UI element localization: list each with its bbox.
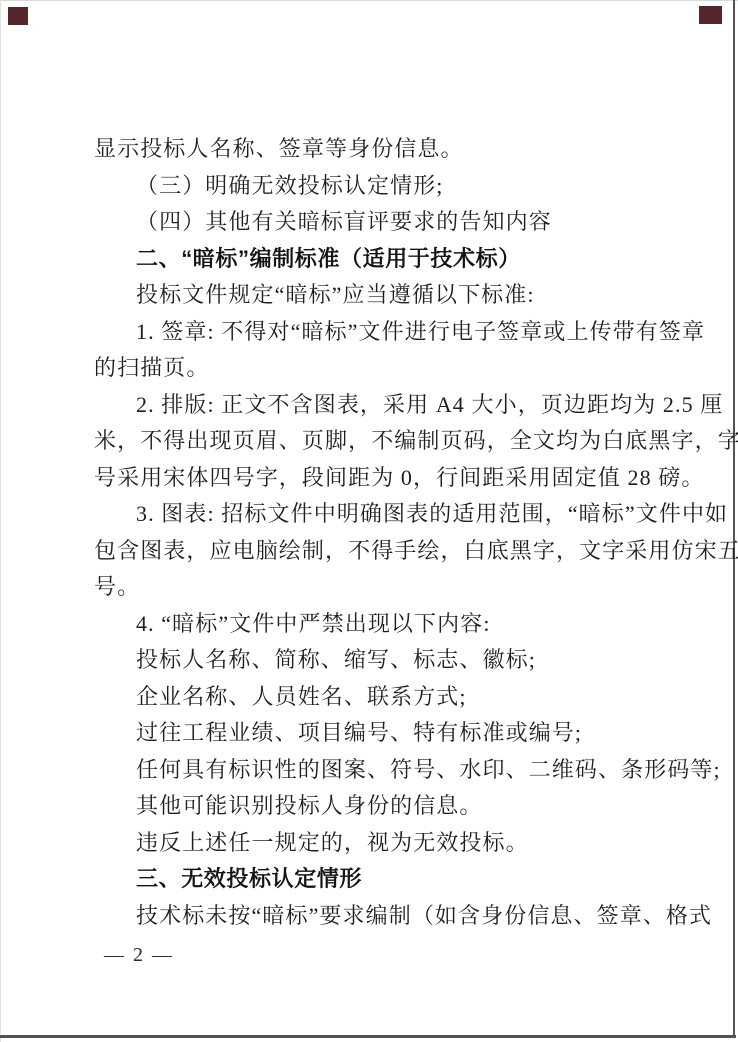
section-heading: 二、“暗标”编制标准（适用于技术标）	[94, 241, 652, 278]
page-edge-top	[0, 0, 738, 1]
document-line: 4. “暗标”文件中严禁出现以下内容:	[94, 606, 652, 643]
document-line: 其他可能识别投标人身份的信息。	[94, 788, 652, 825]
document-line: 3. 图表: 招标文件中明确图表的适用范围，“暗标”文件中如	[94, 496, 652, 533]
page-edge-left	[0, 0, 1, 1042]
document-line: 投标文件规定“暗标”应当遵循以下标准:	[94, 277, 652, 314]
section-heading: 三、无效投标认定情形	[94, 861, 652, 898]
document-line: 米，不得出现页眉、页脚，不编制页码，全文均为白底黑字，字	[94, 423, 652, 460]
document-line: （三）明确无效投标认定情形;	[94, 168, 652, 205]
scan-artifact-top-right	[699, 6, 722, 24]
document-line: 过往工程业绩、项目编号、特有标准或编号;	[94, 715, 652, 752]
document-line: 包含图表，应电脑绘制，不得手绘，白底黑字，文字采用仿宋五	[94, 533, 652, 570]
page-edge-bottom	[0, 1035, 736, 1038]
document-line: 投标人名称、简称、缩写、标志、徽标;	[94, 642, 652, 679]
page-number: — 2 —	[104, 944, 174, 967]
document-page: 显示投标人名称、签章等身份信息。（三）明确无效投标认定情形;（四）其他有关暗标盲…	[0, 0, 738, 1042]
document-line: 违反上述任一规定的，视为无效投标。	[94, 825, 652, 862]
document-line: 技术标未按“暗标”要求编制（如含身份信息、签章、格式	[94, 898, 652, 935]
page-edge-right	[733, 0, 735, 1038]
document-line: 任何具有标识性的图案、符号、水印、二维码、条形码等;	[94, 752, 652, 789]
document-line: 号采用宋体四号字，段间距为 0，行间距采用固定值 28 磅。	[94, 460, 652, 497]
document-line: 的扫描页。	[94, 350, 652, 387]
document-line: 2. 排版: 正文不含图表，采用 A4 大小，页边距均为 2.5 厘	[94, 387, 652, 424]
document-line: 企业名称、人员姓名、联系方式;	[94, 679, 652, 716]
document-line: 显示投标人名称、签章等身份信息。	[94, 131, 652, 168]
document-line: 1. 签章: 不得对“暗标”文件进行电子签章或上传带有签章	[94, 314, 652, 351]
document-line: 号。	[94, 569, 652, 606]
scan-artifact-top-left	[8, 7, 28, 25]
document-body: 显示投标人名称、签章等身份信息。（三）明确无效投标认定情形;（四）其他有关暗标盲…	[94, 131, 652, 934]
document-line: （四）其他有关暗标盲评要求的告知内容	[94, 204, 652, 241]
